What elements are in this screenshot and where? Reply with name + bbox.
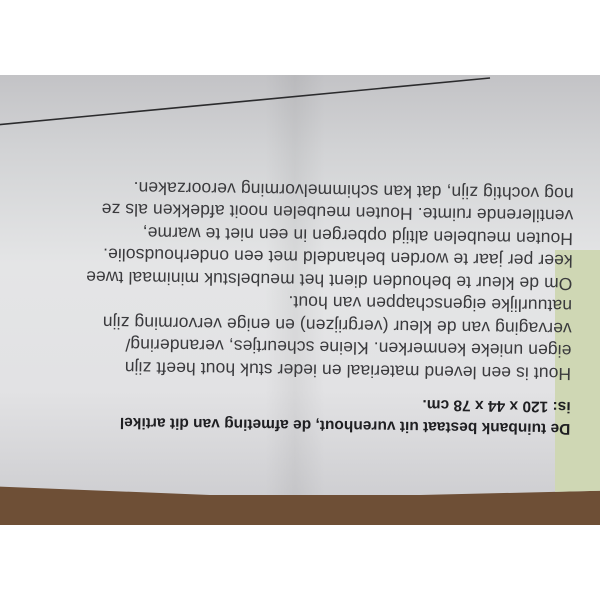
instruction-text-block: De tuinbank bestaat uit vurenhout, de af… (50, 175, 574, 439)
product-heading: De tuinbank bestaat uit vurenhout, de af… (50, 388, 571, 439)
paper-sheet: De tuinbank bestaat uit vurenhout, de af… (0, 75, 600, 495)
table-surface (0, 495, 600, 525)
document-photo: De tuinbank bestaat uit vurenhout, de af… (0, 75, 600, 525)
care-instructions: Hout is een levend materiaal en ieder st… (51, 175, 574, 385)
